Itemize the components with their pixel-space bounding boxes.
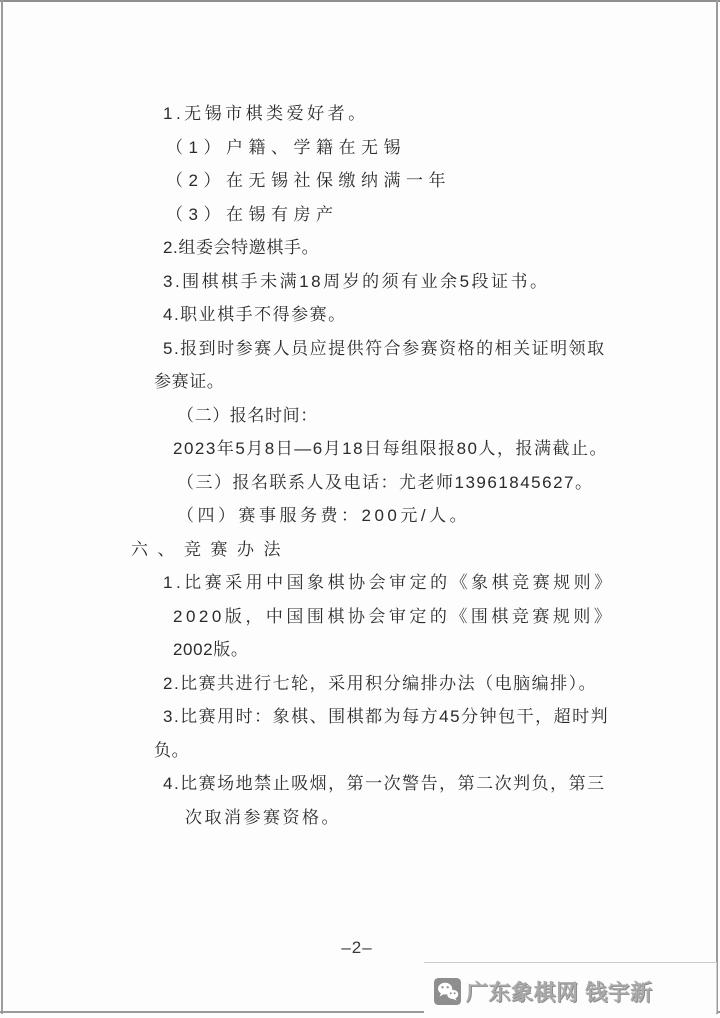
doc-line-contact: （三）报名联系人及电话：尤老师13961845627。 (177, 466, 631, 500)
doc-line-continuation: 参赛证。 (154, 365, 631, 399)
section-heading-six: 六、竞赛办法 (131, 533, 631, 567)
watermark-label: 广东象棋网 钱宇新 (466, 976, 653, 1007)
doc-line-eligibility-2: 2.组委会特邀棋手。 (163, 231, 631, 265)
doc-line-signup-time: （二）报名时间： (177, 399, 631, 433)
watermark: 广东象棋网 钱宇新 (434, 976, 653, 1007)
page-number: –2– (0, 938, 714, 958)
doc-line-fee: （四）赛事服务费：200元/人。 (177, 499, 631, 533)
doc-line-eligibility-3: 3.围棋棋手未满18周岁的须有业余5段证书。 (163, 265, 631, 299)
doc-line-eligibility-4: 4.职业棋手不得参赛。 (163, 298, 631, 332)
doc-line-method-2: 2.比赛共进行七轮，采用积分编排办法（电脑编排）。 (163, 667, 631, 701)
scan-edge-right (716, 0, 718, 1014)
doc-line-eligibility-1: 1.无锡市棋类爱好者。 (163, 97, 631, 131)
doc-line-method-1a: 1.比赛采用中国象棋协会审定的《象棋竞赛规则》 (163, 566, 631, 600)
doc-line-eligibility-5: 5.报到时参赛人员应提供符合参赛资格的相关证明领取 (163, 332, 631, 366)
doc-line-method-3a: 3.比赛用时：象棋、围棋都为每方45分钟包干，超时判 (163, 700, 631, 734)
doc-line-method-4a: 4.比赛场地禁止吸烟，第一次警告，第二次判负，第三 (163, 767, 631, 801)
scan-edge-top (0, 0, 720, 2)
wechat-icon (434, 978, 461, 1005)
document-body: 1.无锡市棋类爱好者。 （1）户籍、学籍在无锡 （2）在无锡社保缴纳满一年 （3… (131, 97, 631, 834)
doc-line-method-1c: 2002版。 (173, 633, 631, 667)
scan-edge-left (1, 0, 3, 1014)
doc-line-method-4b: 次取消参赛资格。 (185, 801, 631, 835)
doc-line-method-1b: 2020版，中国围棋协会审定的《围棋竞赛规则》 (173, 600, 631, 634)
doc-line-condition-1: （1）户籍、学籍在无锡 (166, 131, 631, 165)
doc-line-method-3b: 负。 (154, 734, 631, 768)
document-page: 1.无锡市棋类爱好者。 （1）户籍、学籍在无锡 （2）在无锡社保缴纳满一年 （3… (0, 0, 720, 1018)
doc-line-condition-2: （2）在无锡社保缴纳满一年 (166, 164, 631, 198)
doc-line-signup-dates: 2023年5月8日—6月18日每组限报80人，报满截止。 (173, 432, 631, 466)
doc-line-condition-3: （3）在锡有房产 (166, 198, 631, 232)
